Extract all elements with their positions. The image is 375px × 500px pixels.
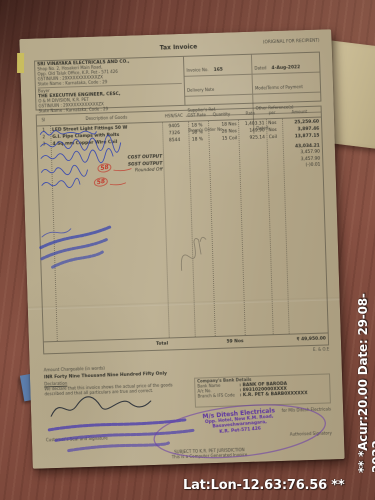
col-header-sl: Sl (37, 118, 50, 123)
meta-label: Mode/Terms of Payment (255, 84, 303, 91)
col-header-description: Description of Goods (50, 114, 161, 122)
total-quantity: 59 Nos (214, 339, 244, 345)
bank-row-label: Branch & IFS Code (198, 393, 240, 400)
cell-rate: 1,403.31 (237, 121, 265, 127)
total-label: Total (57, 341, 168, 350)
invoice-paper: Tax Invoice (ORIGINAL FOR RECIPIENT) SRI… (19, 29, 344, 469)
cell-rate: 149.90 (237, 128, 265, 134)
cell-quantity: 15 Coil (207, 136, 237, 142)
cell-hsn: 8544 (162, 138, 188, 144)
col-header-gst: GST Rate (187, 113, 207, 118)
col-header-quantity: Quantity (207, 112, 237, 118)
meta-label: Invoice No. (186, 67, 208, 73)
invoice-title: Tax Invoice (160, 43, 198, 51)
printed-invoice: Tax Invoice (ORIGINAL FOR RECIPIENT) SRI… (34, 38, 320, 47)
cell-hsn: 7326 (161, 131, 187, 137)
cell-gst: 18 % (187, 130, 207, 136)
invoice-meta-grid: Invoice No. 165 Dated 4-Aug-2022 Deliver… (184, 53, 320, 105)
col-header-amount: Amount (280, 109, 321, 115)
amount-words-label: Amount Chargeable (in words) (44, 365, 105, 372)
cell-gst: 18 % (187, 137, 207, 143)
cell-amount: 13,877.15 (281, 133, 322, 139)
eoe-label: E. & O.E (313, 347, 329, 352)
col-header-hsn: HSN/SAC (161, 113, 187, 119)
total-amount: ₹ 49,950.00 (287, 336, 328, 342)
gps-watermark-side: ** *Acur:20.00 Date: 29-08-2022 (356, 281, 372, 473)
yellow-paper-edge (17, 53, 24, 73)
photo-of-invoice-on-desk: Tax Invoice (ORIGINAL FOR RECIPIENT) SRI… (0, 0, 375, 500)
cell-quantity: 26 Nos (207, 129, 237, 135)
seller-buyer-block: SRI VINAYAKA ELECTRICALS AND CO., Shop N… (35, 57, 185, 110)
cell-gst: 18 % (187, 123, 207, 129)
cell-per: Nos (265, 128, 281, 134)
meta-value: 4-Aug-2022 (271, 65, 300, 71)
cell-quantity: 18 Nos (207, 122, 237, 128)
cell-hsn: 9405 (161, 124, 187, 130)
tax-amount: (-)0.01 (282, 163, 323, 169)
invoice-header-box: SRI VINAYAKA ELECTRICALS AND CO., Shop N… (34, 52, 321, 111)
meta-label: Dated (254, 65, 266, 70)
col-header-per: per (264, 110, 280, 115)
meta-label: Delivery Note (187, 87, 214, 93)
invoice-copy-type: (ORIGINAL FOR RECIPIENT) (263, 39, 320, 46)
meta-value: 165 (214, 68, 223, 73)
cell-per: Nos (264, 121, 280, 127)
col-header-rate: Rate (236, 111, 264, 117)
handwritten-note-blue: 58 58 (38, 125, 150, 194)
cell-rate: 925.14 (237, 135, 265, 141)
cell-per: Coil (265, 135, 281, 141)
gps-watermark-bottom: Lat:Lon-12.63:76.56 ** (183, 478, 345, 493)
